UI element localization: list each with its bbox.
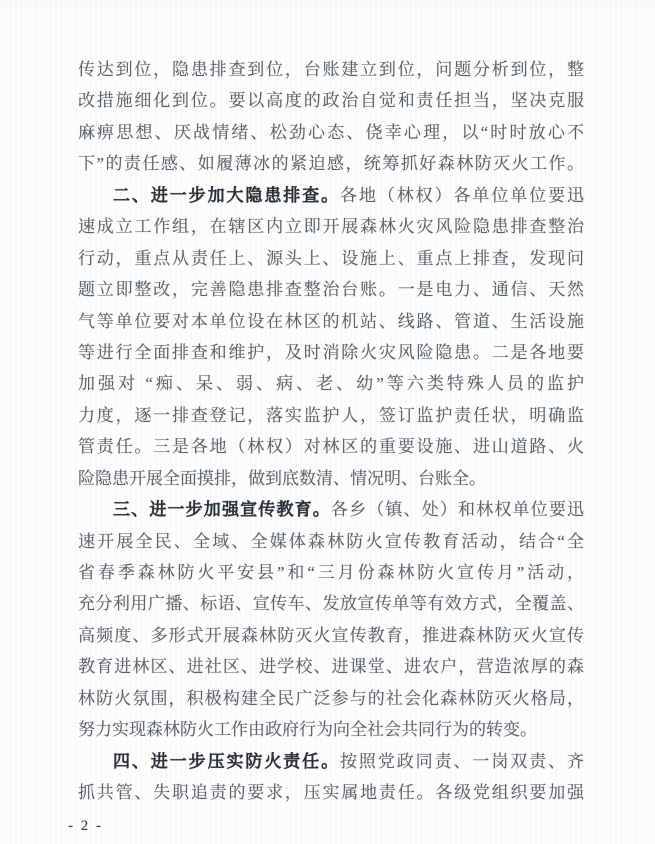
text-line: 管责任。三是各地（林权）对林区的重要设施、进山道路、火 [78, 431, 584, 462]
page-number: - 2 - [68, 818, 103, 835]
text-line: 加强对 “痴、呆、弱、病、老、幼”等六类特殊人员的监护 [78, 368, 584, 399]
text-line: 努力实现森林防火工作由政府行为向全社会共同行为的转变。 [78, 714, 584, 745]
text-line: 省春季森林防火平安县”和“三月份森林防火宣传月”活动， [78, 557, 584, 588]
text-line: 改措施细化到位。要以高度的政治自觉和责任担当，坚决克服 [78, 85, 584, 116]
text-line: 教育进林区、进社区、进学校、进课堂、进农户，营造浓厚的森 [78, 651, 584, 682]
text-line: 传达到位，隐患排查到位，台账建立到位，问题分析到位，整 [78, 54, 584, 85]
text-line: 四、进一步压实防火责任。按照党政同责、一岗双责、齐 [78, 746, 584, 777]
text-line: 险隐患开展全面摸排，做到底数清、情况明、台账全。 [78, 463, 584, 494]
section-heading: 三、进一步加强宣传教育。 [113, 500, 331, 519]
text-line: 麻痹思想、厌战情绪、松劲心态、侥幸心理，以“时时放心不 [78, 117, 584, 148]
text-line: 下”的责任感、如履薄冰的紧迫感，统筹抓好森林防灭火工作。 [78, 148, 584, 179]
text-line: 高频度、多形式开展森林防灭火宣传教育，推进森林防灭火宣传 [78, 620, 584, 651]
text-line: 气等单位要对本单位设在林区的机站、线路、管道、生活设施 [78, 306, 584, 337]
text-line: 等进行全面排查和维护，及时消除火灾风险隐患。二是各地要 [78, 337, 584, 368]
text-line: 抓共管、失职追责的要求，压实属地责任。各级党组织要加强 [78, 777, 584, 808]
text-line: 力度，逐一排查登记，落实监护人，签订监护责任状，明确监 [78, 400, 584, 431]
text-line: 行动，重点从责任上、源头上、设施上、重点上排查，发现问 [78, 243, 584, 274]
text-line: 充分利用广播、标语、宣传车、发放宣传单等有效方式，全覆盖、 [78, 588, 584, 619]
text-line: 题立即整改，完善隐患排查整治台账。一是电力、通信、天然 [78, 274, 584, 305]
section-heading: 二、进一步加大隐患排查。 [113, 186, 340, 205]
text-line: 三、进一步加强宣传教育。各乡（镇、处）和林权单位要迅 [78, 494, 584, 525]
text-line: 速成立工作组，在辖区内立即开展森林火灾风险隐患排查整治 [78, 211, 584, 242]
section-heading: 四、进一步压实防火责任。 [113, 752, 340, 771]
text-line: 林防火氛围，积极构建全民广泛参与的社会化森林防灭火格局， [78, 683, 584, 714]
document-body: 传达到位，隐患排查到位，台账建立到位，问题分析到位，整改措施细化到位。要以高度的… [78, 54, 584, 809]
text-line: 速开展全民、全域、全媒体森林防火宣传教育活动，结合“全 [78, 526, 584, 557]
text-line: 二、进一步加大隐患排查。各地（林权）各单位单位要迅 [78, 180, 584, 211]
